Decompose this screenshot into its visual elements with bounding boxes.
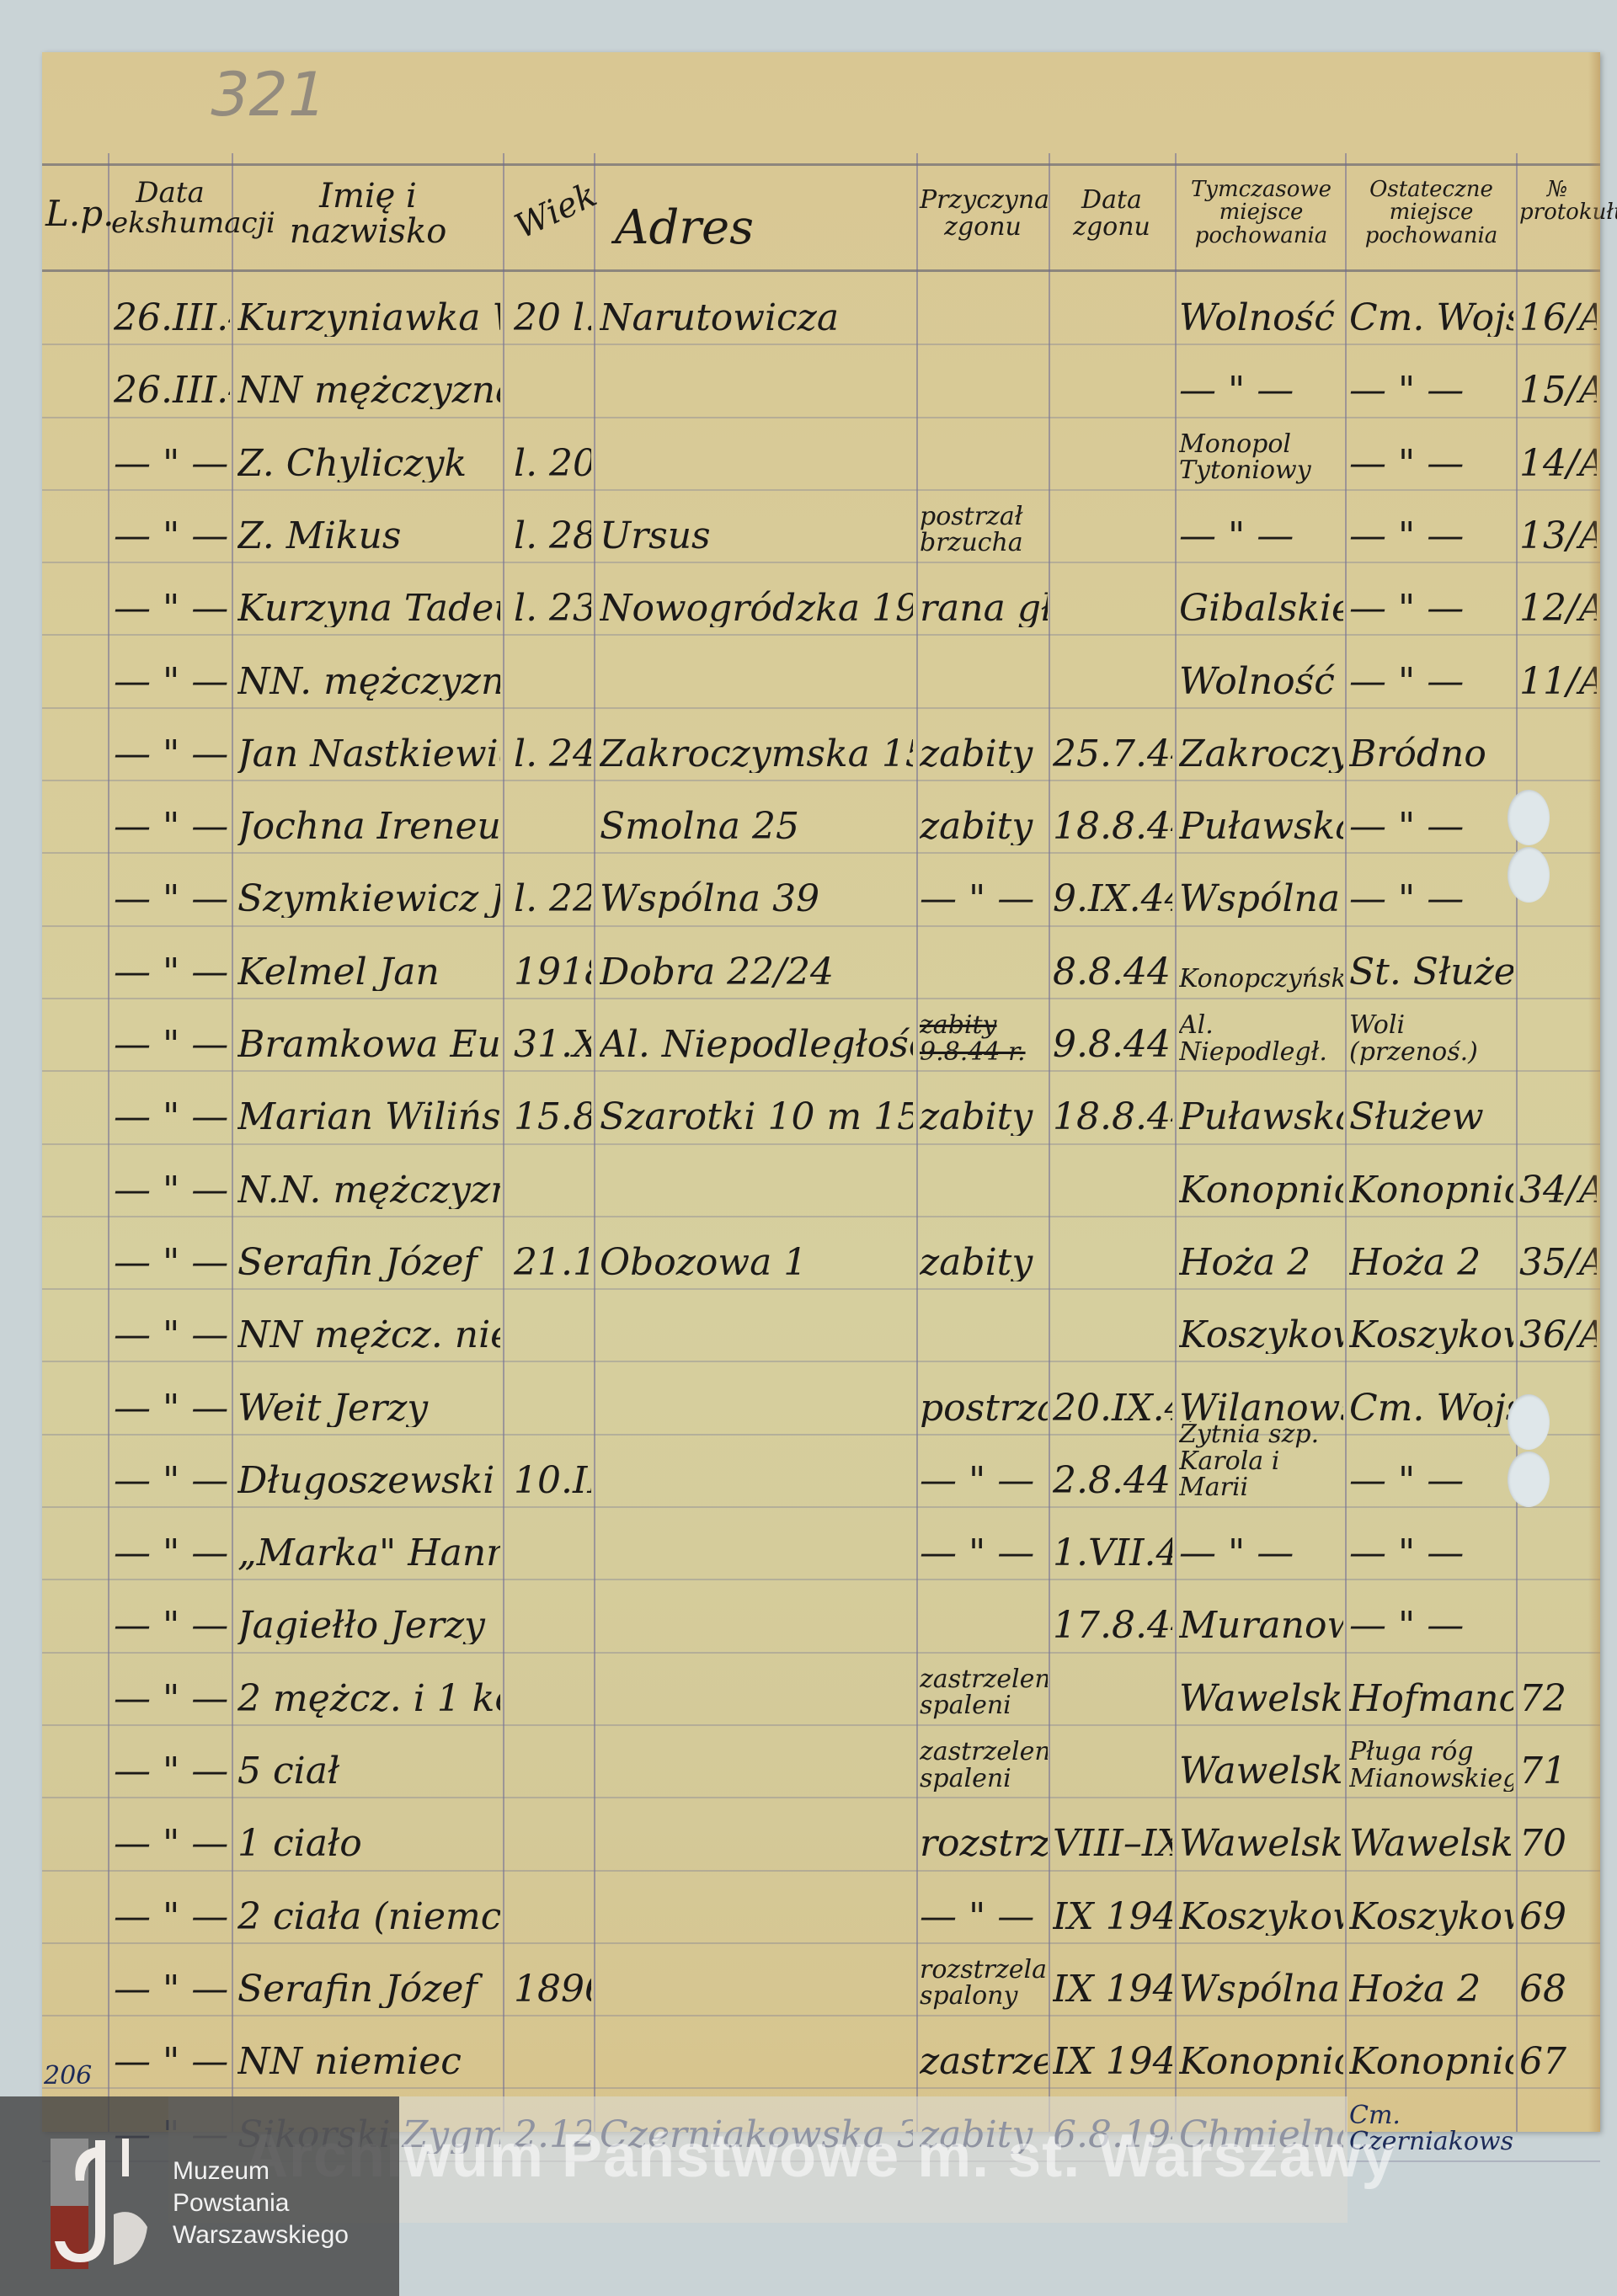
cell-final-burial: — " —: [1349, 518, 1513, 555]
table-row: — " —Z. Chyliczykl. 20Monopol Tytoniowy—…: [42, 418, 1600, 491]
cell-death-date: 8.8.44 r.: [1053, 954, 1172, 991]
cell-name: 2 mężcz. i 1 kobieta: [237, 1681, 500, 1718]
table-row: — " —Długoszewski Andrzej10.II.22— " —2.…: [42, 1436, 1600, 1508]
cell-name: Kelmel Jan: [237, 954, 500, 991]
table-row: — " —NN mężcz. niemiecKoszykowa 18Koszyk…: [42, 1290, 1600, 1362]
header-lp: L.p.: [45, 195, 104, 232]
table-row: — " —Z. Mikusl. 28Ursuspostrzał brzucha—…: [42, 491, 1600, 563]
cell-exhumation-date: — " —: [114, 445, 230, 482]
table-row: — " —1 ciałorozstrzelanyVIII–IX 44 r.Waw…: [42, 1798, 1600, 1871]
header-address: Adres: [615, 204, 783, 253]
cell-temp-burial: — " —: [1179, 518, 1343, 555]
cell-age: 1896 r.: [514, 1971, 591, 2008]
cell-death-date: 1.VII.44 r.: [1053, 1535, 1172, 1572]
cell-name: NN. mężczyzna: [237, 663, 500, 701]
cell-temp-burial: Puławska: [1179, 808, 1343, 845]
museum-logo-text: Muzeum Powstania Warszawskiego: [173, 2155, 349, 2251]
cell-name: Długoszewski Andrzej: [237, 1462, 500, 1500]
cell-final-burial: — " —: [1349, 1607, 1513, 1644]
cell-exhumation-date: — " —: [114, 590, 230, 627]
cell-exhumation-date: — " —: [114, 1825, 230, 1862]
cell-exhumation-date: — " —: [114, 954, 230, 991]
table-row: — " —Marian Wiliński15.8.1903Szarotki 10…: [42, 1072, 1600, 1144]
table-row: — " —NN. mężczyznaWolność— " —11/AM.: [42, 637, 1600, 709]
cell-name: NN niemiec: [237, 2043, 500, 2080]
header-protocol: № protokułu: [1519, 178, 1595, 225]
table-row: — " —Jagiełło Jerzy17.8.44 r.Muranowska—…: [42, 1580, 1600, 1653]
cell-protocol: 34/A: [1519, 1172, 1597, 1209]
cell-name: Kurzyna Tadeusz: [237, 590, 500, 627]
table-row: — " —„Marka" Hanna— " —1.VII.44 r.— " ——…: [42, 1508, 1600, 1580]
cell-name: N.N. mężczyzna (niemiec): [237, 1172, 500, 1209]
cell-exhumation-date: — " —: [114, 736, 230, 773]
table-row: — " —Weit Jerzypostrzał20.IX.44 r.Wilano…: [42, 1363, 1600, 1436]
cell-name: Jochna Ireneusz: [237, 808, 500, 845]
cell-protocol: 72: [1519, 1681, 1597, 1718]
table-row: — " —Jochna IreneuszSmolna 25zabity18.8.…: [42, 781, 1600, 854]
cell-final-burial: Bródno: [1349, 736, 1513, 773]
logo-line-3: Warszawskiego: [173, 2219, 349, 2251]
cell-final-burial: Hoża 2: [1349, 1244, 1513, 1281]
cell-death-date: 9.IX.44 r.: [1053, 881, 1172, 918]
logo-line-2: Powstania: [173, 2187, 349, 2219]
cell-death-date: 18.8.44 r.: [1053, 1099, 1172, 1136]
cell-final-burial: Hoża 2: [1349, 1971, 1513, 2008]
cell-address: Narutowicza: [600, 300, 913, 337]
table-row: — " —Szymkiewicz Jerzyl. 22Wspólna 39— "…: [42, 854, 1600, 926]
cell-exhumation-date: 26.III.45 r.: [114, 300, 230, 337]
cell-age: 31.X.44 r.: [514, 1026, 591, 1063]
cell-final-burial: Wawelska 9: [1349, 1825, 1513, 1862]
cell-exhumation-date: — " —: [114, 1317, 230, 1354]
table-row: — " —Serafin Józef21.10.1896Obozowa 1zab…: [42, 1217, 1600, 1290]
cell-protocol: 71: [1519, 1753, 1597, 1790]
cell-protocol: 67: [1519, 2043, 1597, 2080]
cell-death-date: 2.8.44 r.: [1053, 1462, 1172, 1500]
header-name: Imię i nazwisko: [237, 178, 499, 249]
cell-protocol: 68: [1519, 1971, 1597, 2008]
cell-cause: zabity 9.8.44 r.: [920, 1012, 1048, 1065]
cell-final-burial: — " —: [1349, 881, 1513, 918]
table-row: — " —Kurzyna Tadeuszl. 23Nowogródzka 19r…: [42, 563, 1600, 636]
cell-cause: postrzał: [920, 1390, 1048, 1427]
cell-exhumation-date: — " —: [114, 663, 230, 701]
table-row: 26.III.45 r.Kurzyniawka Wanda20 l.Naruto…: [42, 273, 1600, 345]
table-row: — " —Jan Nastkiewiczl. 24Zakroczymska 15…: [42, 709, 1600, 781]
cell-age: l. 22: [514, 881, 591, 918]
cell-final-burial: Cm. Wojskowy: [1349, 1390, 1513, 1427]
cell-address: Szarotki 10 m 15: [600, 1099, 913, 1136]
cell-protocol: 16/AM.: [1519, 300, 1597, 337]
cell-name: Z. Mikus: [237, 518, 500, 555]
cell-age: l. 28: [514, 518, 591, 555]
cell-final-burial: — " —: [1349, 1462, 1513, 1500]
cell-address: Nowogródzka 19: [600, 590, 913, 627]
cell-cause: — " —: [920, 881, 1048, 918]
cell-protocol: 69: [1519, 1899, 1597, 1936]
cell-protocol: 70: [1519, 1825, 1597, 1862]
cell-exhumation-date: — " —: [114, 1753, 230, 1790]
cell-name: Jagiełło Jerzy: [237, 1607, 500, 1644]
cell-cause: rozstrzelany: [920, 1825, 1048, 1862]
cell-cause: — " —: [920, 1535, 1048, 1572]
cell-name: NN mężczyzna: [237, 372, 500, 409]
cell-final-burial: St. Służew: [1349, 954, 1513, 991]
cell-final-burial: Konopnickiej: [1349, 2043, 1513, 2080]
cell-name: Z. Chyliczyk: [237, 445, 500, 482]
cell-age: 21.10.1896: [514, 1244, 591, 1281]
table-row: — " —NN niemieczastrzelonyIX 1944 r.Kono…: [42, 2016, 1600, 2089]
cell-temp-burial: Gibalskiego: [1179, 590, 1343, 627]
cell-protocol: 35/A: [1519, 1244, 1597, 1281]
cell-final-burial: Cm. Wojskowy: [1349, 300, 1513, 337]
table-row: — " —Serafin Józef1896 r.rozstrzelany sp…: [42, 1944, 1600, 2016]
cell-address: Wspólna 39: [600, 881, 913, 918]
cell-address: Dobra 22/24: [600, 954, 913, 991]
cell-age: l. 20: [514, 445, 591, 482]
cell-address: Smolna 25: [600, 808, 913, 845]
header-exhumation-date: Data ekshumacji: [111, 178, 229, 238]
cell-temp-burial: Wawelska 60: [1179, 1753, 1343, 1790]
cell-age: 10.II.22: [514, 1462, 591, 1500]
table-row: — " —N.N. mężczyzna (niemiec)Konopnickie…: [42, 1145, 1600, 1217]
cell-exhumation-date: — " —: [114, 1971, 230, 2008]
cell-cause: zastrzelony: [920, 2043, 1048, 2080]
cell-protocol: 12/AM.: [1519, 590, 1597, 627]
cell-death-date: 9.8.44: [1053, 1026, 1172, 1063]
cell-cause: rozstrzelany spalony: [920, 1957, 1048, 2010]
cell-final-burial: Woli (przenoś.): [1349, 1012, 1513, 1065]
cell-name: 2 ciała (niemcy): [237, 1899, 500, 1936]
cell-exhumation-date: — " —: [114, 808, 230, 845]
cell-final-burial: Pługa róg Mianowskiego: [1349, 1739, 1513, 1792]
cell-death-date: IX 1944 r.: [1053, 1899, 1172, 1936]
cell-exhumation-date: — " —: [114, 1099, 230, 1136]
cell-age: 20 l.: [514, 300, 591, 337]
cell-exhumation-date: — " —: [114, 1681, 230, 1718]
punch-hole: [1508, 847, 1550, 903]
cell-death-date: 20.IX.44 r.: [1053, 1390, 1172, 1427]
cell-protocol: 13/AM.: [1519, 518, 1597, 555]
margin-note: 206: [44, 2061, 92, 2091]
header-top-rule: [42, 163, 1600, 166]
table-row: 26.III.45 r.NN mężczyzna— " —— " —15/AM.: [42, 345, 1600, 418]
header-death-date: Data zgonu: [1053, 187, 1171, 240]
cell-final-burial: Koszykowa 18: [1349, 1899, 1513, 1936]
cell-death-date: VIII–IX 44 r.: [1053, 1825, 1172, 1862]
cell-cause: zabity: [920, 1244, 1048, 1281]
register-sheet: 321 L.p. Data ekshumacji Imię i nazwisko…: [42, 52, 1600, 2132]
cell-death-date: IX 1944 r.: [1053, 1971, 1172, 2008]
cell-name: 1 ciało: [237, 1825, 500, 1862]
cell-name: Kurzyniawka Wanda: [237, 300, 500, 337]
cell-cause: zabity: [920, 808, 1048, 845]
cell-death-date: 25.7.44 r.: [1053, 736, 1172, 773]
cell-protocol: 14/AM.: [1519, 445, 1597, 482]
header-cause: Przyczyna zgonu: [920, 187, 1046, 240]
cell-temp-burial: Żytnia szp. Karola i Marii: [1179, 1421, 1343, 1501]
cell-temp-burial: — " —: [1179, 372, 1343, 409]
cell-temp-burial: Konopnickiej 6: [1179, 1172, 1343, 1209]
cell-temp-burial: — " —: [1179, 1535, 1343, 1572]
cell-temp-burial: Wolność: [1179, 663, 1343, 701]
cell-temp-burial: Monopol Tytoniowy: [1179, 431, 1343, 484]
cell-name: „Marka" Hanna: [237, 1535, 500, 1572]
cell-exhumation-date: — " —: [114, 1172, 230, 1209]
anchor-logo-icon: [46, 2130, 156, 2273]
cell-exhumation-date: 26.III.45 r.: [114, 372, 230, 409]
cell-exhumation-date: — " —: [114, 1535, 230, 1572]
cell-protocol: 36/A: [1519, 1317, 1597, 1354]
header-final-burial: Ostateczne miejsce pochowania: [1349, 178, 1513, 248]
header-age: Wiek: [510, 181, 593, 245]
table-row: — " —Bramkowa Eugenia31.X.44 r.Al. Niepo…: [42, 999, 1600, 1072]
cell-final-burial: — " —: [1349, 445, 1513, 482]
cell-name: Weit Jerzy: [237, 1390, 500, 1427]
table-row: — " —5 ciałzastrzeleni spaleniWawelska 6…: [42, 1726, 1600, 1798]
cell-temp-burial: Koszykowa 18: [1179, 1317, 1343, 1354]
cell-temp-burial: Konopnickiej: [1179, 2043, 1343, 2080]
cell-temp-burial: Puławska 113: [1179, 1099, 1343, 1136]
cell-exhumation-date: — " —: [114, 1607, 230, 1644]
table-row: — " —2 mężcz. i 1 kobietazastrzeleni spa…: [42, 1654, 1600, 1726]
cell-final-burial: Hofmanowej: [1349, 1681, 1513, 1718]
cell-name: Serafin Józef: [237, 1971, 500, 2008]
cell-final-burial: — " —: [1349, 1535, 1513, 1572]
cell-final-burial: — " —: [1349, 372, 1513, 409]
cell-exhumation-date: — " —: [114, 1390, 230, 1427]
cell-temp-burial: Konopczyńskiego: [1179, 966, 1343, 993]
cell-death-date: IX 1944 r.: [1053, 2043, 1172, 2080]
cell-cause: zabity: [920, 1099, 1048, 1136]
cell-final-burial: Koszykowa 18: [1349, 1317, 1513, 1354]
cell-temp-burial: Zakroczymska: [1179, 736, 1343, 773]
cell-cause: zastrzeleni spaleni: [920, 1666, 1048, 1719]
cell-cause: postrzał brzucha: [920, 503, 1048, 557]
cell-age: l. 23: [514, 590, 591, 627]
cell-cause: — " —: [920, 1899, 1048, 1936]
header-temp-burial: Tymczasowe miejsce pochowania: [1179, 178, 1343, 248]
cell-name: NN mężcz. niemiec: [237, 1317, 500, 1354]
page-number: 321: [203, 59, 334, 130]
cell-temp-burial: Al. Niepodległ.: [1179, 1012, 1343, 1065]
cell-cause: rana głowy: [920, 590, 1048, 627]
cell-cause: — " —: [920, 1462, 1048, 1500]
cell-final-burial: Służew: [1349, 1099, 1513, 1136]
cell-exhumation-date: — " —: [114, 1244, 230, 1281]
punch-hole: [1508, 1394, 1550, 1450]
cell-address: Obozowa 1: [600, 1244, 913, 1281]
cell-temp-burial: Hoża 2: [1179, 1244, 1343, 1281]
cell-final-burial: — " —: [1349, 590, 1513, 627]
cell-name: Serafin Józef: [237, 1244, 500, 1281]
table-row: — " —Kelmel Jan1918 r.Dobra 22/248.8.44 …: [42, 927, 1600, 999]
cell-age: 15.8.1903: [514, 1099, 591, 1136]
table-row: — " —2 ciała (niemcy)— " —IX 1944 r.Kosz…: [42, 1872, 1600, 1944]
cell-final-burial: Konopnickiej 6: [1349, 1172, 1513, 1209]
cell-exhumation-date: — " —: [114, 1026, 230, 1063]
header-bottom-rule: [42, 269, 1600, 272]
cell-name: 5 ciał: [237, 1753, 500, 1790]
cell-temp-burial: Muranowska: [1179, 1607, 1343, 1644]
cell-exhumation-date: — " —: [114, 1462, 230, 1500]
cell-temp-burial: Wolność 14: [1179, 300, 1343, 337]
cell-address: Ursus: [600, 518, 913, 555]
cell-protocol: 15/AM.: [1519, 372, 1597, 409]
cell-address: Zakroczymska 15: [600, 736, 913, 773]
cell-death-date: 18.8.44 r.: [1053, 808, 1172, 845]
cell-name: Bramkowa Eugenia: [237, 1026, 500, 1063]
cell-temp-burial: Wawelska 74: [1179, 1681, 1343, 1718]
cell-name: Jan Nastkiewicz: [237, 736, 500, 773]
punch-hole: [1508, 790, 1550, 845]
cell-temp-burial: Wawelska 9: [1179, 1825, 1343, 1862]
cell-temp-burial: Wspólna 1: [1179, 1971, 1343, 2008]
cell-cause: zastrzeleni spaleni: [920, 1739, 1048, 1792]
cell-name: Marian Wiliński: [237, 1099, 500, 1136]
cell-address: Al. Niepodległości 159: [600, 1026, 913, 1063]
cell-protocol: 11/AM.: [1519, 663, 1597, 701]
cell-name: Szymkiewicz Jerzy: [237, 881, 500, 918]
punch-hole: [1508, 1452, 1550, 1507]
cell-temp-burial: Koszykowa 18: [1179, 1899, 1343, 1936]
cell-final-burial: — " —: [1349, 663, 1513, 701]
logo-line-1: Muzeum: [173, 2155, 349, 2187]
cell-age: 1918 r.: [514, 954, 591, 991]
cell-cause: zabity: [920, 736, 1048, 773]
cell-final-burial: — " —: [1349, 808, 1513, 845]
archive-watermark-text: Archiwum Państwowe m. st. Warszawy: [244, 2122, 1396, 2191]
cell-death-date: 17.8.44 r.: [1053, 1607, 1172, 1644]
cell-age: l. 24: [514, 736, 591, 773]
cell-temp-burial: Wspólna 39: [1179, 881, 1343, 918]
cell-exhumation-date: — " —: [114, 2043, 230, 2080]
cell-exhumation-date: — " —: [114, 881, 230, 918]
cell-exhumation-date: — " —: [114, 1899, 230, 1936]
cell-exhumation-date: — " —: [114, 518, 230, 555]
